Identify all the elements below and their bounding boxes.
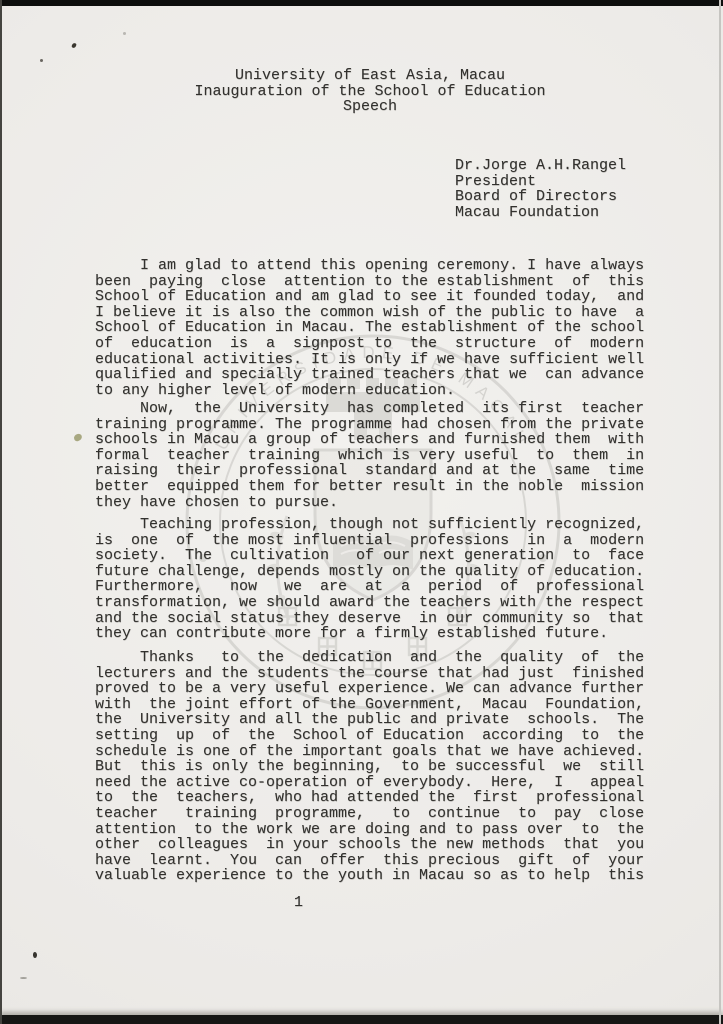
scan-speck	[123, 32, 126, 35]
scan-speck	[20, 977, 27, 979]
author-signature-block: Dr.Jorge A.H.Rangel President Board of D…	[455, 158, 626, 220]
paragraph-1: I am glad to attend this opening ceremon…	[95, 258, 644, 398]
page-number: 1	[294, 895, 303, 911]
paragraph-4: Thanks to the dedication and the quality…	[95, 650, 644, 884]
scan-speck	[40, 59, 43, 62]
scan-edge-bottom	[0, 1015, 723, 1024]
scan-edge-right	[719, 0, 721, 1024]
paragraph-2: Now, the University has completed its fi…	[95, 401, 644, 510]
scan-speck-olive	[73, 433, 83, 442]
scanned-document-page: UNIVERSIDADE DE MACAU	[0, 0, 723, 1024]
paragraph-3: Teaching profession, though not sufficie…	[95, 517, 644, 642]
scan-edge-left	[0, 0, 2, 1024]
scan-speck	[33, 952, 37, 958]
document-title: University of East Asia, Macau Inaugurat…	[95, 68, 645, 115]
scan-speck	[71, 42, 77, 48]
scan-edge-top	[0, 0, 723, 6]
